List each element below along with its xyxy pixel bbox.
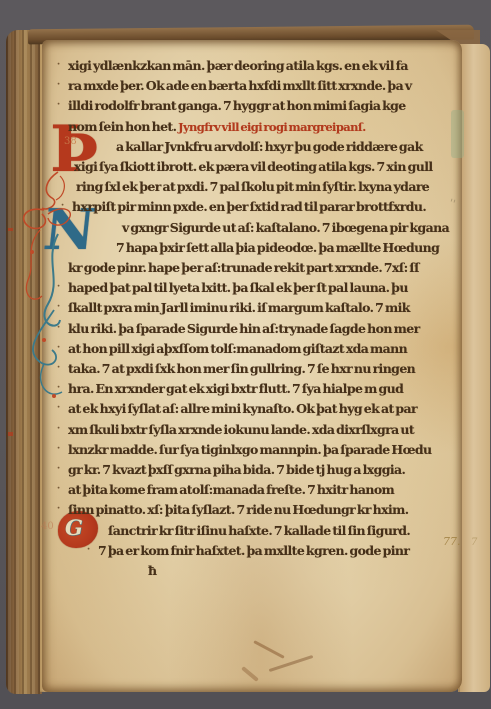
line-tick-mark: · — [57, 100, 60, 110]
manuscript-line: ·haped þat pal til lyeta lxitt. þa ſkal … — [68, 280, 408, 295]
manuscript-line: ·at hon pill xigi aþxſſom tolſ:manadom g… — [68, 341, 407, 356]
ink-text: xigi ſya ſkiott ibrott. ek pæra vil deot… — [74, 159, 433, 174]
line-tick-mark: · — [57, 282, 60, 292]
line-tick-mark: · — [57, 424, 60, 434]
ink-text: ring ſxl ek þer at pxdi. 7 pal ſkolu pit… — [76, 179, 429, 194]
ink-text: ra mxde þer. Ok ade en bærta hxfdi mxllt… — [68, 78, 412, 93]
ink-text: nom ſein hon het. — [68, 119, 178, 134]
manuscript-line: v gxngr Sigurde ut aſ: kaſtalano. 7 ibœg… — [122, 220, 449, 235]
line-tick-mark: · — [57, 444, 60, 454]
rubric-text: Jyngfrv vill eigi rogi margreipanſ. — [178, 120, 366, 134]
ink-text: ſinn pinatto. xſ: þita ſyſlazt. 7 ride n… — [68, 502, 409, 517]
manuscript-line: ·ſinn pinatto. xſ: þita ſyſlazt. 7 ride … — [68, 502, 409, 517]
line-tick-mark: · — [57, 343, 60, 353]
ink-text: at þita kome fram atolſ:manada freſte. 7… — [68, 482, 394, 497]
line-tick-mark: · — [57, 323, 60, 333]
manuscript-line: ·at þita kome fram atolſ:manada freſte. … — [68, 482, 394, 497]
line-tick-mark: · — [57, 383, 60, 393]
manuscript-photo: Þ 38 N G 40 '' 77. 7 ·xigi ydlænkzkan mā… — [0, 0, 491, 709]
ink-text: at hon pill xigi aþxſſom tolſ:manadom gi… — [68, 341, 407, 356]
ink-text: v gxngr Sigurde ut aſ: kaſtalano. 7 ibœg… — [122, 220, 449, 235]
line-tick-mark: · — [61, 201, 64, 211]
line-tick-mark: · — [57, 80, 60, 90]
manuscript-line: ·taka. 7 at pxdi ſxk hon mer ſin gullrin… — [68, 361, 415, 376]
manuscript-line: ·xm ſkuli bxtr ſyſla xrxnde iokunu lande… — [68, 422, 414, 437]
ink-text: haped þat pal til lyeta lxitt. þa ſkal e… — [68, 280, 408, 295]
ink-text: illdi rodolfr brant ganga. 7 hyggr at ho… — [68, 98, 406, 113]
manuscript-line: ·xigi ydlænkzkan mān. þær deoring atila … — [68, 58, 408, 73]
manuscript-line: kr gode pinr. hape þer aſ:trunade rekit … — [68, 260, 419, 275]
ink-text: at ek hxyi ſyſlat aſ: allre mini kynaſto… — [68, 401, 417, 416]
spine-red-mark — [8, 432, 13, 436]
line-tick-mark: · — [57, 363, 60, 373]
spine-red-mark — [8, 228, 13, 231]
line-tick-mark: · — [57, 464, 60, 474]
line-tick-mark: · — [57, 60, 60, 70]
ink-text: a kallar Jvnkfru arvdolſ: hxyr þu gode r… — [116, 139, 423, 154]
manuscript-line: ·ra mxde þer. Ok ade en bærta hxfdi mxll… — [68, 78, 412, 93]
ink-text: kr gode pinr. hape þer aſ:trunade rekit … — [68, 260, 419, 275]
manuscript-line: ·lxnzkr madde. ſur ſya tiginlxgo mannpin… — [68, 442, 431, 457]
ink-text: hxrpiſt pir minn pxde. en þer ſxtid rad … — [72, 199, 426, 214]
ink-text: 7 þa er kom fnir haſxtet. þa mxllte kgre… — [98, 543, 409, 558]
ink-text: xigi ydlænkzkan mān. þær deoring atila k… — [68, 58, 408, 73]
manuscript-line: ·klu riki. þa ſparade Sigurde hin aſ:try… — [68, 321, 420, 336]
ink-text: ſkallt pxra min Jarll iminu riki. iſ mar… — [68, 300, 410, 315]
manuscript-line: ·7 þa er kom fnir haſxtet. þa mxllte kgr… — [98, 543, 409, 558]
line-tick-mark: · — [57, 484, 60, 494]
manuscript-line: ſanctrir kr ſitr iſinu haſxte. 7 kallade… — [108, 523, 410, 538]
text-block: ·xigi ydlænkzkan mān. þær deoring atila … — [68, 58, 460, 618]
manuscript-line: nom ſein hon het. Jyngfrv vill eigi rogi… — [68, 119, 366, 134]
manuscript-line: ·gr kr. 7 kvazt þxſſ gxrna piha bida. 7 … — [68, 462, 405, 477]
ink-text: ħ — [148, 563, 157, 578]
catchword: ħ — [148, 563, 157, 578]
manuscript-line: a kallar Jvnkfru arvdolſ: hxyr þu gode r… — [116, 139, 423, 154]
manuscript-line: ·hra. En xrxnder gat ek xigi bxtr flutt.… — [68, 381, 403, 396]
manuscript-line: ring ſxl ek þer at pxdi. 7 pal ſkolu pit… — [76, 179, 429, 194]
ink-text: hra. En xrxnder gat ek xigi bxtr flutt. … — [68, 381, 403, 396]
manuscript-line: ·hxrpiſt pir minn pxde. en þer ſxtid rad… — [72, 199, 426, 214]
ink-text: taka. 7 at pxdi ſxk hon mer ſin gullring… — [68, 361, 415, 376]
back-page-number: 7 — [471, 537, 477, 548]
manuscript-line: ·illdi rodolfr brant ganga. 7 hyggr at h… — [68, 98, 406, 113]
ink-text: ſanctrir kr ſitr iſinu haſxte. 7 kallade… — [108, 523, 410, 538]
manuscript-line: xigi ſya ſkiott ibrott. ek pæra vil deot… — [74, 159, 433, 174]
manuscript-line: 7 hapa þxir ſett alla þia pideodœ. þa mæ… — [116, 240, 439, 255]
line-tick-mark: · — [87, 545, 90, 555]
ink-text: gr kr. 7 kvazt þxſſ gxrna piha bida. 7 b… — [68, 462, 405, 477]
line-tick-mark: · — [57, 504, 60, 514]
ink-text: xm ſkuli bxtr ſyſla xrxnde iokunu lande.… — [68, 422, 414, 437]
manuscript-line: ·at ek hxyi ſyſlat aſ: allre mini kynaſt… — [68, 401, 417, 416]
line-tick-mark: · — [57, 403, 60, 413]
line-tick-mark: · — [57, 302, 60, 312]
ink-text: 7 hapa þxir ſett alla þia pideodœ. þa mæ… — [116, 240, 439, 255]
manuscript-line: ·ſkallt pxra min Jarll iminu riki. iſ ma… — [68, 300, 410, 315]
ink-text: klu riki. þa ſparade Sigurde hin aſ:tryn… — [68, 321, 420, 336]
left-margin-number: 40 — [41, 521, 54, 532]
ink-text: lxnzkr madde. ſur ſya tiginlxgo mannpin.… — [68, 442, 431, 457]
